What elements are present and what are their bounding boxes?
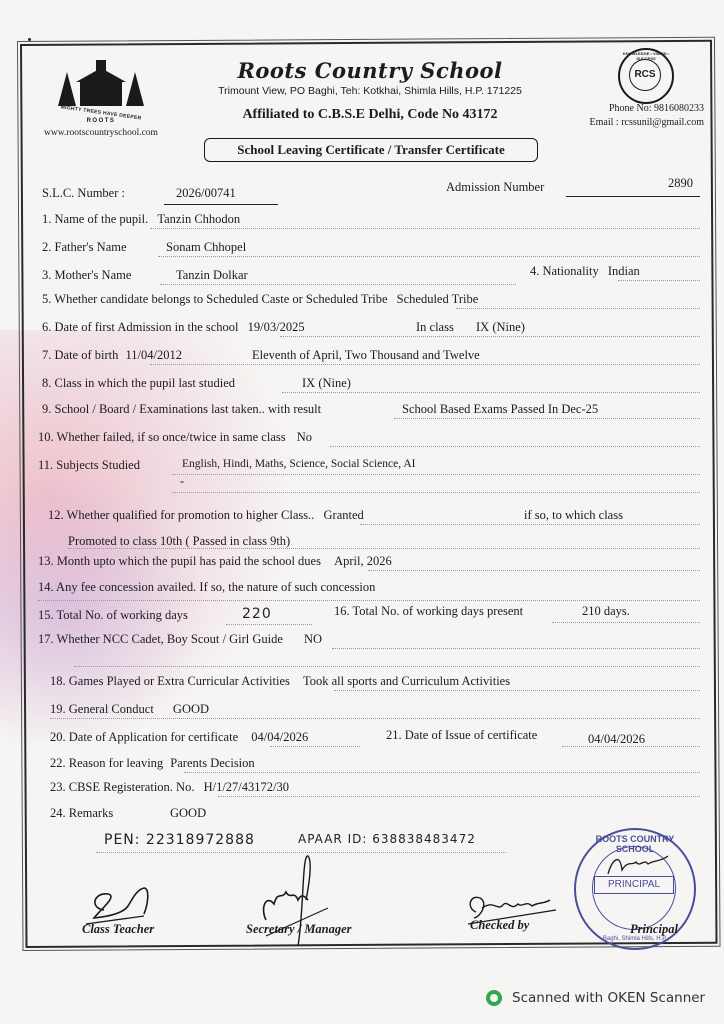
dues-paid-value: April, 2026 xyxy=(334,554,392,568)
dob-value: 11/04/2012 xyxy=(126,348,182,362)
certificate-title: School Leaving Certificate / Transfer Ce… xyxy=(204,138,538,162)
affiliation: Affiliated to C.B.S.E Delhi, Code No 431… xyxy=(200,107,540,123)
field-leaving-reason: 22. Reason for leaving Parents Decision xyxy=(50,756,255,771)
phone: Phone No: 9816080233 xyxy=(590,102,704,116)
admission-value: 2890 xyxy=(668,176,693,191)
dotline xyxy=(50,718,700,719)
dotline xyxy=(552,622,700,623)
school-logo: MIGHTY TREES HAVE DEEPER ROOTS www.roots… xyxy=(36,62,166,138)
pen-number: PEN: 22318972888 xyxy=(104,832,255,848)
dotline xyxy=(172,474,700,475)
oken-scanner-icon xyxy=(486,990,502,1006)
apaar-id: APAAR ID: 638838483472 xyxy=(298,832,476,846)
dotline xyxy=(332,648,700,649)
field-extra-curricular: 18. Games Played or Extra Curricular Act… xyxy=(50,674,510,689)
field-conduct: 19. General Conduct GOOD xyxy=(50,702,209,717)
field-cbse-registration: 23. CBSE Registeration. No. H/1/27/43172… xyxy=(50,780,289,795)
principal-label: Principal xyxy=(630,922,678,937)
slc-value: 2026/00741 xyxy=(176,186,236,201)
class-teacher-label: Class Teacher xyxy=(82,922,154,937)
dotline xyxy=(184,772,700,773)
dotline xyxy=(280,336,700,337)
father-name-value: Sonam Chhopel xyxy=(166,240,246,255)
leaving-reason-value: Parents Decision xyxy=(170,756,254,770)
dotline xyxy=(360,524,700,525)
dotline xyxy=(562,746,700,747)
dotline xyxy=(334,690,700,691)
field-last-exam: 9. School / Board / Examinations last ta… xyxy=(42,402,321,417)
schoolhouse-icon xyxy=(56,62,146,106)
field-first-admission: 6. Date of first Admission in the school… xyxy=(42,320,305,335)
dotline xyxy=(218,796,700,797)
dotline xyxy=(74,666,700,667)
field-remarks: 24. Remarks GOOD xyxy=(50,806,113,821)
application-date-value: 04/04/2026 xyxy=(251,730,308,744)
dotline xyxy=(330,446,700,447)
field-subjects: 11. Subjects Studied English, Hindi, Mat… xyxy=(38,458,140,473)
principal-signature xyxy=(602,850,672,880)
dob-words-value: Eleventh of April, Two Thousand and Twel… xyxy=(252,348,480,363)
contact-info: Phone No: 9816080233 Email : rcssunil@gm… xyxy=(590,102,704,130)
subjects-extra: - xyxy=(180,474,184,489)
field-nationality: 4. Nationality Indian xyxy=(530,264,640,279)
dotline xyxy=(160,284,516,285)
field-mother-name: 3. Mother's Name Tanzin Dolkar xyxy=(42,268,131,283)
rcs-emblem-icon: KNOWLEDGE • VISION • SUCCESS RCS xyxy=(618,48,674,104)
ncc-value: NO xyxy=(304,632,322,646)
school-address: Trimount View, PO Baghi, Teh: Kotkhai, S… xyxy=(200,85,540,97)
admission-class-value: IX (Nine) xyxy=(476,320,525,335)
scanner-text: Scanned with OKEN Scanner xyxy=(512,990,705,1006)
field-working-days: 15. Total No. of working days 220 xyxy=(38,608,188,623)
field-issue-date: 21. Date of Issue of certificate 04/04/2… xyxy=(386,728,537,743)
field-ncc: 17. Whether NCC Cadet, Boy Scout / Girl … xyxy=(38,632,322,647)
dotline xyxy=(456,308,700,309)
field-last-class: 8. Class in which the pupil last studied… xyxy=(42,376,235,391)
days-present-value: 210 days. xyxy=(582,604,630,619)
slc-underline xyxy=(164,204,278,205)
first-admission-date: 19/03/2025 xyxy=(248,320,305,334)
dotline xyxy=(282,392,700,393)
dotline xyxy=(368,570,700,571)
field-days-present: 16. Total No. of working days present 21… xyxy=(334,604,523,619)
pupil-name-value: Tanzin Chhodon xyxy=(157,212,240,226)
field-father-name: 2. Father's Name Sonam Chhopel xyxy=(42,240,127,255)
field-dues-paid: 13. Month upto which the pupil has paid … xyxy=(38,554,392,569)
working-days-value: 220 xyxy=(242,606,272,622)
scan-dot xyxy=(28,38,31,41)
mother-name-value: Tanzin Dolkar xyxy=(176,268,248,283)
dotline xyxy=(158,256,700,257)
promotion-value: Granted xyxy=(324,508,364,522)
dotline xyxy=(172,492,700,493)
field-pupil-name: 1. Name of the pupil. Tanzin Chhodon xyxy=(42,212,240,227)
cbse-registration-value: H/1/27/43172/30 xyxy=(204,780,289,794)
last-exam-value: School Based Exams Passed In Dec-25 xyxy=(402,402,598,417)
field-caste-tribe: 5. Whether candidate belongs to Schedule… xyxy=(42,292,478,307)
extra-curricular-value: Took all sports and Curriculum Activitie… xyxy=(303,674,510,688)
admission-label: Admission Number xyxy=(446,180,544,195)
admission-underline xyxy=(566,196,700,197)
field-application-date: 20. Date of Application for certificate … xyxy=(50,730,308,745)
checked-by-label: Checked by xyxy=(470,918,529,933)
failed-value: No xyxy=(297,430,312,444)
slc-label: S.L.C. Number : xyxy=(42,186,125,200)
dotline xyxy=(394,418,700,419)
dotline xyxy=(68,548,700,549)
slc-number-row: S.L.C. Number : 2026/00741 xyxy=(42,186,125,201)
email: Email : rcssunil@gmail.com xyxy=(590,116,704,130)
issue-date-value: 04/04/2026 xyxy=(588,732,645,747)
field-promotion: 12. Whether qualified for promotion to h… xyxy=(48,508,364,523)
certificate-frame xyxy=(20,40,718,948)
school-name: Roots Country School xyxy=(200,58,540,83)
dotline xyxy=(226,624,312,625)
field-failed: 10. Whether failed, if so once/twice in … xyxy=(38,430,312,445)
remarks-value: GOOD xyxy=(170,806,206,821)
secretary-label: Secretary / Manager xyxy=(246,922,352,937)
emblem-text: RCS xyxy=(629,59,661,91)
nationality-value: Indian xyxy=(608,264,640,278)
conduct-value: GOOD xyxy=(173,702,209,716)
subjects-value: English, Hindi, Maths, Science, Social S… xyxy=(182,458,415,470)
field-fee-concession: 14. Any fee concession availed. If so, t… xyxy=(38,580,375,595)
caste-tribe-value: Scheduled Tribe xyxy=(397,292,479,306)
scanner-watermark: Scanned with OKEN Scanner xyxy=(486,990,705,1006)
dotline xyxy=(270,746,360,747)
dotline xyxy=(150,228,700,229)
header-title-block: Roots Country School Trimount View, PO B… xyxy=(200,58,540,123)
promotion-class-value: Promoted to class 10th ( Passed in class… xyxy=(68,534,290,549)
dotline xyxy=(38,600,700,601)
dotline xyxy=(150,364,700,365)
dotline xyxy=(618,280,700,281)
website: www.rootscountryschool.com xyxy=(36,128,166,138)
last-class-value: IX (Nine) xyxy=(302,376,351,391)
field-date-of-birth: 7. Date of birth 11/04/2012 Eleventh of … xyxy=(42,348,182,363)
